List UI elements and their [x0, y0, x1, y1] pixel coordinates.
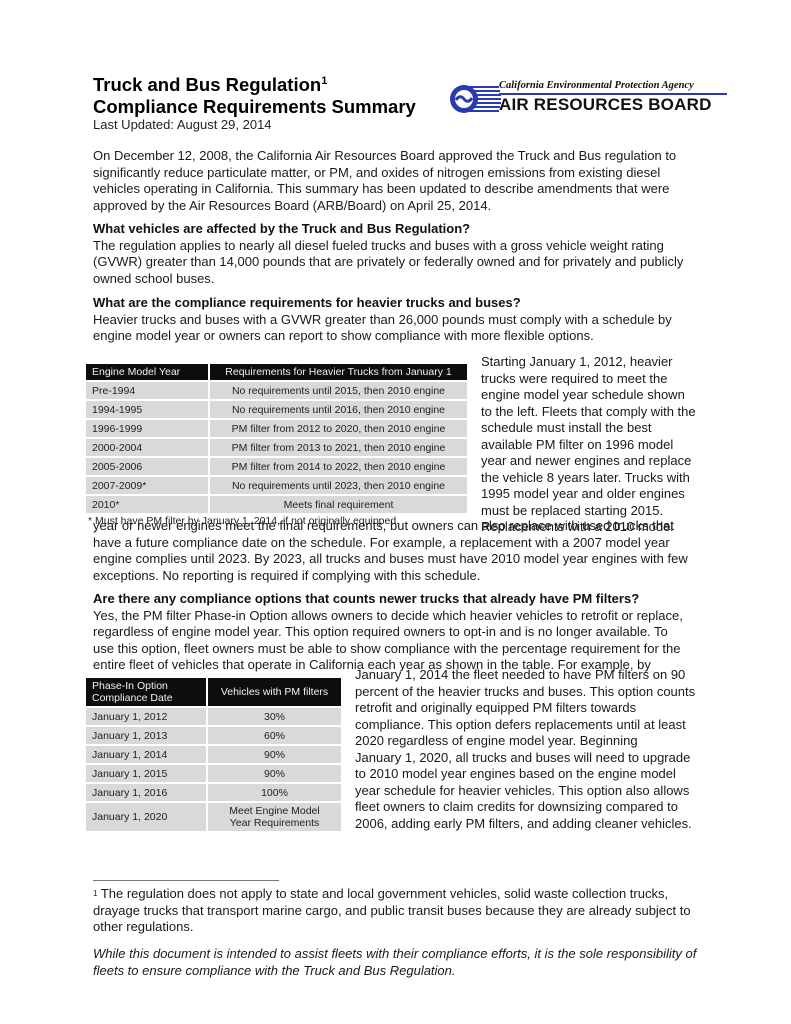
- phase-in-table: Phase-In Option Compliance Date Vehicles…: [86, 678, 343, 831]
- phase-in-side-text: January 1, 2014 the fleet needed to have…: [355, 667, 725, 832]
- last-updated: Last Updated: August 29, 2014: [93, 117, 272, 132]
- engine-model-year-table: Engine Model Year Requirements for Heavi…: [86, 364, 469, 513]
- logo-agency-name: California Environmental Protection Agen…: [499, 80, 694, 91]
- section-phase-in-option: Are there any compliance options that co…: [93, 591, 723, 674]
- footnote: 1 The regulation does not apply to state…: [93, 886, 723, 936]
- table-header-row: Engine Model Year Requirements for Heavi…: [86, 364, 468, 381]
- section-heavier-trucks: What are the compliance requirements for…: [93, 295, 723, 345]
- section-affected-vehicles: What vehicles are affected by the Truck …: [93, 221, 723, 287]
- page-title: Truck and Bus Regulation1 Compliance Req…: [93, 74, 416, 118]
- table-row: January 1, 201490%: [86, 745, 342, 764]
- table-row: 2010*Meets final requirement: [86, 495, 468, 513]
- table-row: 1994-1995No requirements until 2016, the…: [86, 400, 468, 419]
- table-row: January 1, 2016100%: [86, 783, 342, 802]
- title-line-2: Compliance Requirements Summary: [93, 96, 416, 118]
- table-row: 2007-2009*No requirements until 2023, th…: [86, 476, 468, 495]
- disclaimer: While this document is intended to assis…: [93, 946, 733, 979]
- logo-board-name: AIR RESOURCES BOARD: [499, 95, 712, 115]
- schedule-continued-text: year or newer engines meet the final req…: [93, 518, 723, 584]
- footnote-ref[interactable]: 1: [321, 75, 327, 87]
- table-row: January 1, 201360%: [86, 726, 342, 745]
- arb-swirl-logo-icon: [447, 80, 501, 120]
- footnote-separator: [93, 880, 279, 881]
- section-heading: What vehicles are affected by the Truck …: [93, 221, 723, 238]
- table-row: January 1, 201590%: [86, 764, 342, 783]
- table-header-row: Phase-In Option Compliance Date Vehicles…: [86, 678, 342, 707]
- table-row: 2000-2004PM filter from 2013 to 2021, th…: [86, 438, 468, 457]
- engine-model-year-table-wrap: Engine Model Year Requirements for Heavi…: [86, 364, 469, 527]
- table-row: January 1, 2020Meet Engine Model Year Re…: [86, 802, 342, 831]
- schedule-side-text: Starting January 1, 2012, heavier trucks…: [481, 354, 711, 536]
- title-line-1: Truck and Bus Regulation1: [93, 74, 416, 96]
- table-row: Pre-1994No requirements until 2015, then…: [86, 381, 468, 400]
- phase-in-table-wrap: Phase-In Option Compliance Date Vehicles…: [86, 678, 343, 831]
- table-row: January 1, 201230%: [86, 707, 342, 726]
- table-row: 2005-2006PM filter from 2014 to 2022, th…: [86, 457, 468, 476]
- section-heading: Are there any compliance options that co…: [93, 591, 723, 608]
- table-row: 1996-1999PM filter from 2012 to 2020, th…: [86, 419, 468, 438]
- arb-logo: California Environmental Protection Agen…: [447, 80, 727, 120]
- intro-paragraph: On December 12, 2008, the California Air…: [93, 148, 713, 214]
- section-heading: What are the compliance requirements for…: [93, 295, 723, 312]
